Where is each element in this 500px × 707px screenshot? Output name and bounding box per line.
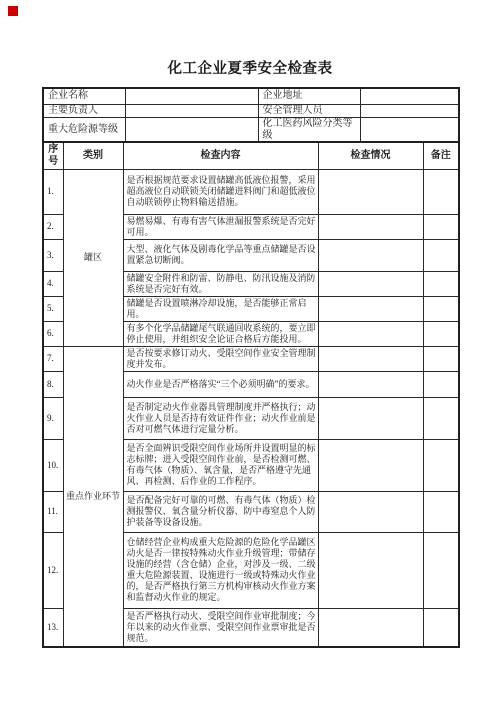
remark-cell (423, 397, 459, 439)
company-address-value (360, 88, 459, 104)
status-cell (318, 239, 423, 271)
content-cell: 是否全面辨识受限空间作业场所并设置明显的标志标牌；进入受限空间作业前，是否检测可… (123, 439, 318, 491)
safety-manager-value (360, 104, 459, 117)
remark-cell (423, 296, 459, 321)
status-cell (318, 321, 423, 346)
row-number-cell: 1. (43, 169, 63, 214)
risk-class-value (360, 117, 459, 143)
content-cell: 是否制定动火作业器具管理制度并严格执行；动火作业人员是否持有效证件作业；动火作业… (123, 397, 318, 439)
header-no: 序号 (43, 142, 63, 169)
principal-value (125, 104, 258, 117)
remark-cell (423, 346, 459, 371)
remark-cell (423, 608, 459, 647)
checklist-table: 序号 类别 检查内容 检查情况 备注 1.罐区是否根据规范要求设置储罐高低液位报… (42, 141, 460, 648)
info-row: 主要负责人 安全管理人员 (43, 104, 459, 117)
content-cell: 是否配备完好可靠的可燃、有毒气体（物质）检测报警仪、氧含量分析仪器、防中毒窒息个… (123, 491, 318, 532)
header-remark: 备注 (423, 142, 459, 169)
row-number-cell: 12. (43, 532, 63, 608)
row-number-cell: 9. (43, 397, 63, 439)
status-cell (318, 608, 423, 647)
status-cell (318, 491, 423, 532)
status-cell (318, 397, 423, 439)
company-address-label: 企业地址 (258, 88, 360, 104)
company-name-value (125, 88, 258, 104)
principal-label: 主要负责人 (43, 104, 125, 117)
remark-cell (423, 321, 459, 346)
header-status: 检查情况 (318, 142, 423, 169)
page-title: 化工企业夏季安全检查表 (0, 57, 500, 78)
remark-cell (423, 439, 459, 491)
status-cell (318, 296, 423, 321)
risk-class-label: 化工医药风险分类等级 (258, 117, 360, 143)
row-number-cell: 13. (43, 608, 63, 647)
content-cell: 仓储经营企业构成重大危险源的危险化学品罐区动火是否一律按特殊动火作业升级管理；带… (123, 532, 318, 608)
row-number-cell: 11. (43, 491, 63, 532)
status-cell (318, 439, 423, 491)
table-row: 1.罐区是否根据规范要求设置储罐高低液位报警，采用超高液位自动联锁关闭储罐进料阀… (43, 169, 459, 214)
remark-cell (423, 169, 459, 214)
row-number-cell: 5. (43, 296, 63, 321)
category-cell: 罐区 (63, 169, 123, 346)
checklist-header-row: 序号 类别 检查内容 检查情况 备注 (43, 142, 459, 169)
row-number-cell: 6. (43, 321, 63, 346)
info-row: 企业名称 企业地址 (43, 88, 459, 104)
checklist-body: 1.罐区是否根据规范要求设置储罐高低液位报警，采用超高液位自动联锁关闭储罐进料阀… (43, 169, 459, 647)
content-cell: 有多个化学品储罐尾气联通回收系统的，要立即停止使用，并组织安全论证合格后方能投用… (123, 321, 318, 346)
content-cell: 大型、液化气体及剧毒化学品等重点储罐是否设置紧急切断阀。 (123, 239, 318, 271)
remark-cell (423, 532, 459, 608)
hazard-grade-value (125, 117, 258, 143)
info-row: 重大危险源等级 化工医药风险分类等级 (43, 117, 459, 143)
hazard-grade-label: 重大危险源等级 (43, 117, 125, 143)
content-cell: 动火作业是否严格落实“三个必须明确”的要求。 (123, 371, 318, 397)
safety-manager-label: 安全管理人员 (258, 104, 360, 117)
status-cell (318, 371, 423, 397)
category-cell: 重点作业环节 (63, 346, 123, 647)
remark-cell (423, 371, 459, 397)
row-number-cell: 3. (43, 239, 63, 271)
status-cell (318, 532, 423, 608)
status-cell (318, 346, 423, 371)
content-cell: 是否按要求修订动火、受限空间作业安全管理制度并发布。 (123, 346, 318, 371)
company-info-table: 企业名称 企业地址 主要负责人 安全管理人员 重大危险源等级 化工医药风险分类等… (42, 87, 460, 144)
remark-cell (423, 239, 459, 271)
content-cell: 是否严格执行动火、受限空间作业审批制度；今年以来的动火作业票、受限空间作业票审批… (123, 608, 318, 647)
remark-cell (423, 214, 459, 239)
remark-cell (423, 491, 459, 532)
red-marker (8, 6, 18, 16)
status-cell (318, 169, 423, 214)
status-cell (318, 271, 423, 296)
row-number-cell: 4. (43, 271, 63, 296)
header-category: 类别 (63, 142, 123, 169)
row-number-cell: 8. (43, 371, 63, 397)
remark-cell (423, 271, 459, 296)
row-number-cell: 2. (43, 214, 63, 239)
content-cell: 易燃易爆、有毒有害气体泄漏报警系统是否完好可用。 (123, 214, 318, 239)
row-number-cell: 10. (43, 439, 63, 491)
content-cell: 储罐安全附件和防雷、防静电、防汛设施及消防系统是否完好有效。 (123, 271, 318, 296)
table-row: 7.重点作业环节是否按要求修订动火、受限空间作业安全管理制度并发布。 (43, 346, 459, 371)
status-cell (318, 214, 423, 239)
row-number-cell: 7. (43, 346, 63, 371)
company-name-label: 企业名称 (43, 88, 125, 104)
content-cell: 储罐是否设置喷淋冷却设施，是否能够正常启用。 (123, 296, 318, 321)
content-cell: 是否根据规范要求设置储罐高低液位报警，采用超高液位自动联锁关闭储罐进料阀门和超低… (123, 169, 318, 214)
header-content: 检查内容 (123, 142, 318, 169)
document-page: 化工企业夏季安全检查表 企业名称 企业地址 主要负责人 安全管理人员 重大危险源… (0, 0, 500, 707)
